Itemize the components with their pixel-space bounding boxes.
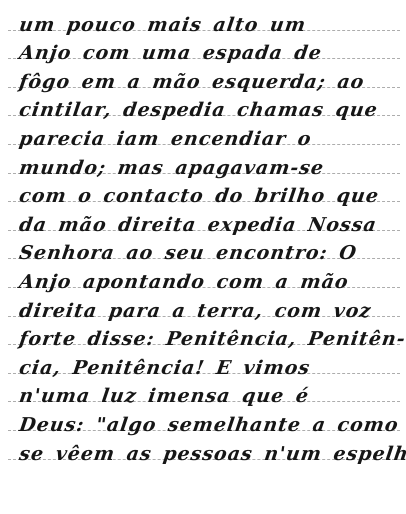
manuscript-line-text: se vêem as pessoas n'um espelho (18, 445, 406, 464)
manuscript-line: com o contacto do brilho que (8, 180, 400, 209)
manuscript-line-text: Senhora ao seu encontro: O (18, 244, 358, 263)
manuscript-line: parecia iam encendiar o (8, 122, 400, 151)
manuscript-line: n'uma luz imensa que é (8, 380, 400, 409)
manuscript-line-text: forte disse: Penitência, Penitên- (18, 330, 406, 349)
manuscript-line-text: cia, Penitência! E vimos (18, 359, 311, 378)
manuscript-line: Anjo apontando com a mão (8, 265, 400, 294)
manuscript-line: Deus: "algo semelhante a como (8, 408, 400, 437)
manuscript-line: Anjo com uma espada de (8, 37, 400, 66)
manuscript-line-text: Anjo apontando com a mão (18, 273, 350, 292)
manuscript-line-text: com o contacto do brilho que (18, 187, 380, 206)
manuscript-line-text: Deus: "algo semelhante a como (18, 416, 400, 435)
manuscript-line-text: um pouco mais alto um (18, 16, 307, 35)
manuscript-line-text: n'uma luz imensa que é (18, 387, 310, 406)
manuscript-line-text: da mão direita expedia Nossa (18, 216, 378, 235)
manuscript-line-text: fôgo em a mão esquerda; ao (18, 73, 366, 92)
manuscript-line: mundo; mas apagavam-se (8, 151, 400, 180)
manuscript-line: da mão direita expedia Nossa (8, 208, 400, 237)
manuscript-page: um pouco mais alto um Anjo com uma espad… (0, 0, 406, 514)
manuscript-line: um pouco mais alto um (8, 8, 400, 37)
manuscript-text-block: um pouco mais alto um Anjo com uma espad… (0, 8, 406, 466)
manuscript-line: se vêem as pessoas n'um espelho (8, 437, 400, 466)
manuscript-line-text: cintilar, despedia chamas que (18, 101, 379, 120)
manuscript-line-text: parecia iam encendiar o (18, 130, 313, 149)
manuscript-line-text: Anjo com uma espada de (18, 44, 323, 63)
manuscript-line-text: direita para a terra, com voz (18, 302, 373, 321)
manuscript-line: fôgo em a mão esquerda; ao (8, 65, 400, 94)
manuscript-line: cintilar, despedia chamas que (8, 94, 400, 123)
manuscript-line: direita para a terra, com voz (8, 294, 400, 323)
manuscript-line: cia, Penitência! E vimos (8, 351, 400, 380)
manuscript-line: forte disse: Penitência, Penitên- (8, 323, 400, 352)
manuscript-line: Senhora ao seu encontro: O (8, 237, 400, 266)
manuscript-line-text: mundo; mas apagavam-se (18, 159, 325, 178)
